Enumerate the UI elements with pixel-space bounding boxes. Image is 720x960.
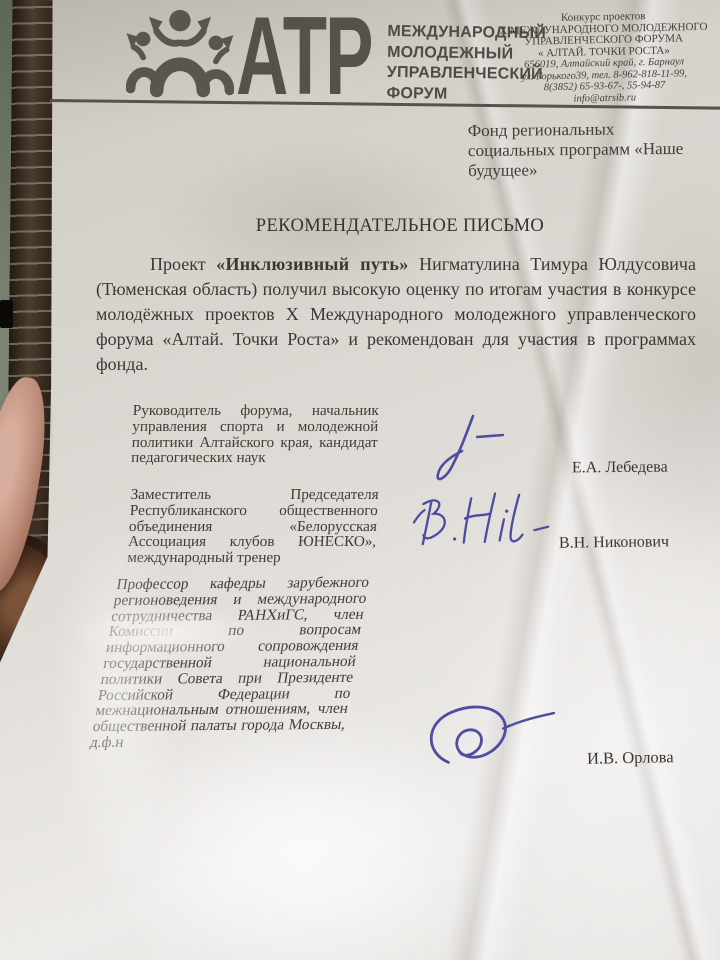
handwritten-signature-icon [414, 687, 564, 787]
signatory-position: Руководитель форума, начальник управлени… [131, 403, 379, 466]
header-contact-block: Конкурс проектов Х МЕЖДУНАРОДНОГО МОЛОДЕ… [491, 10, 717, 107]
recipient-block: Фонд региональных социальных программ «Н… [468, 119, 684, 181]
handwritten-signature-icon [411, 484, 553, 559]
photo-background: АТР МЕЖДУНАРОДНЫЙ МОЛОДЕЖНЫЙ УПРАВЛЕНЧЕС… [0, 0, 720, 960]
handwritten-signature-icon [415, 410, 511, 490]
atr-people-arrows-logo-icon [126, 7, 234, 104]
signatory-position: Заместитель Председателя Республиканског… [127, 487, 379, 566]
logo-abbreviation: АТР [236, 13, 372, 100]
recipient-line: будущее» [468, 159, 683, 181]
document-content: АТР МЕЖДУНАРОДНЫЙ МОЛОДЕЖНЫЙ УПРАВЛЕНЧЕС… [0, 0, 720, 960]
recipient-line: социальных программ «Наше [468, 139, 683, 161]
signatory-position: Профессор кафедры зарубежного регионовед… [89, 575, 371, 751]
signatory-name: И.В. Орлова [587, 747, 674, 769]
body-text: Проект [150, 254, 216, 274]
signatory-name: В.Н. Никонович [559, 533, 669, 553]
body-paragraph: Проект «Инклюзивный путь» Нигматулина Ти… [96, 252, 696, 377]
project-name: «Инклюзивный путь» [216, 254, 408, 274]
recipient-line: Фонд региональных [468, 119, 683, 141]
document-title: РЕКОМЕНДАТЕЛЬНОЕ ПИСЬМО [100, 216, 700, 237]
signatory-name: Е.А. Лебедева [572, 459, 668, 478]
